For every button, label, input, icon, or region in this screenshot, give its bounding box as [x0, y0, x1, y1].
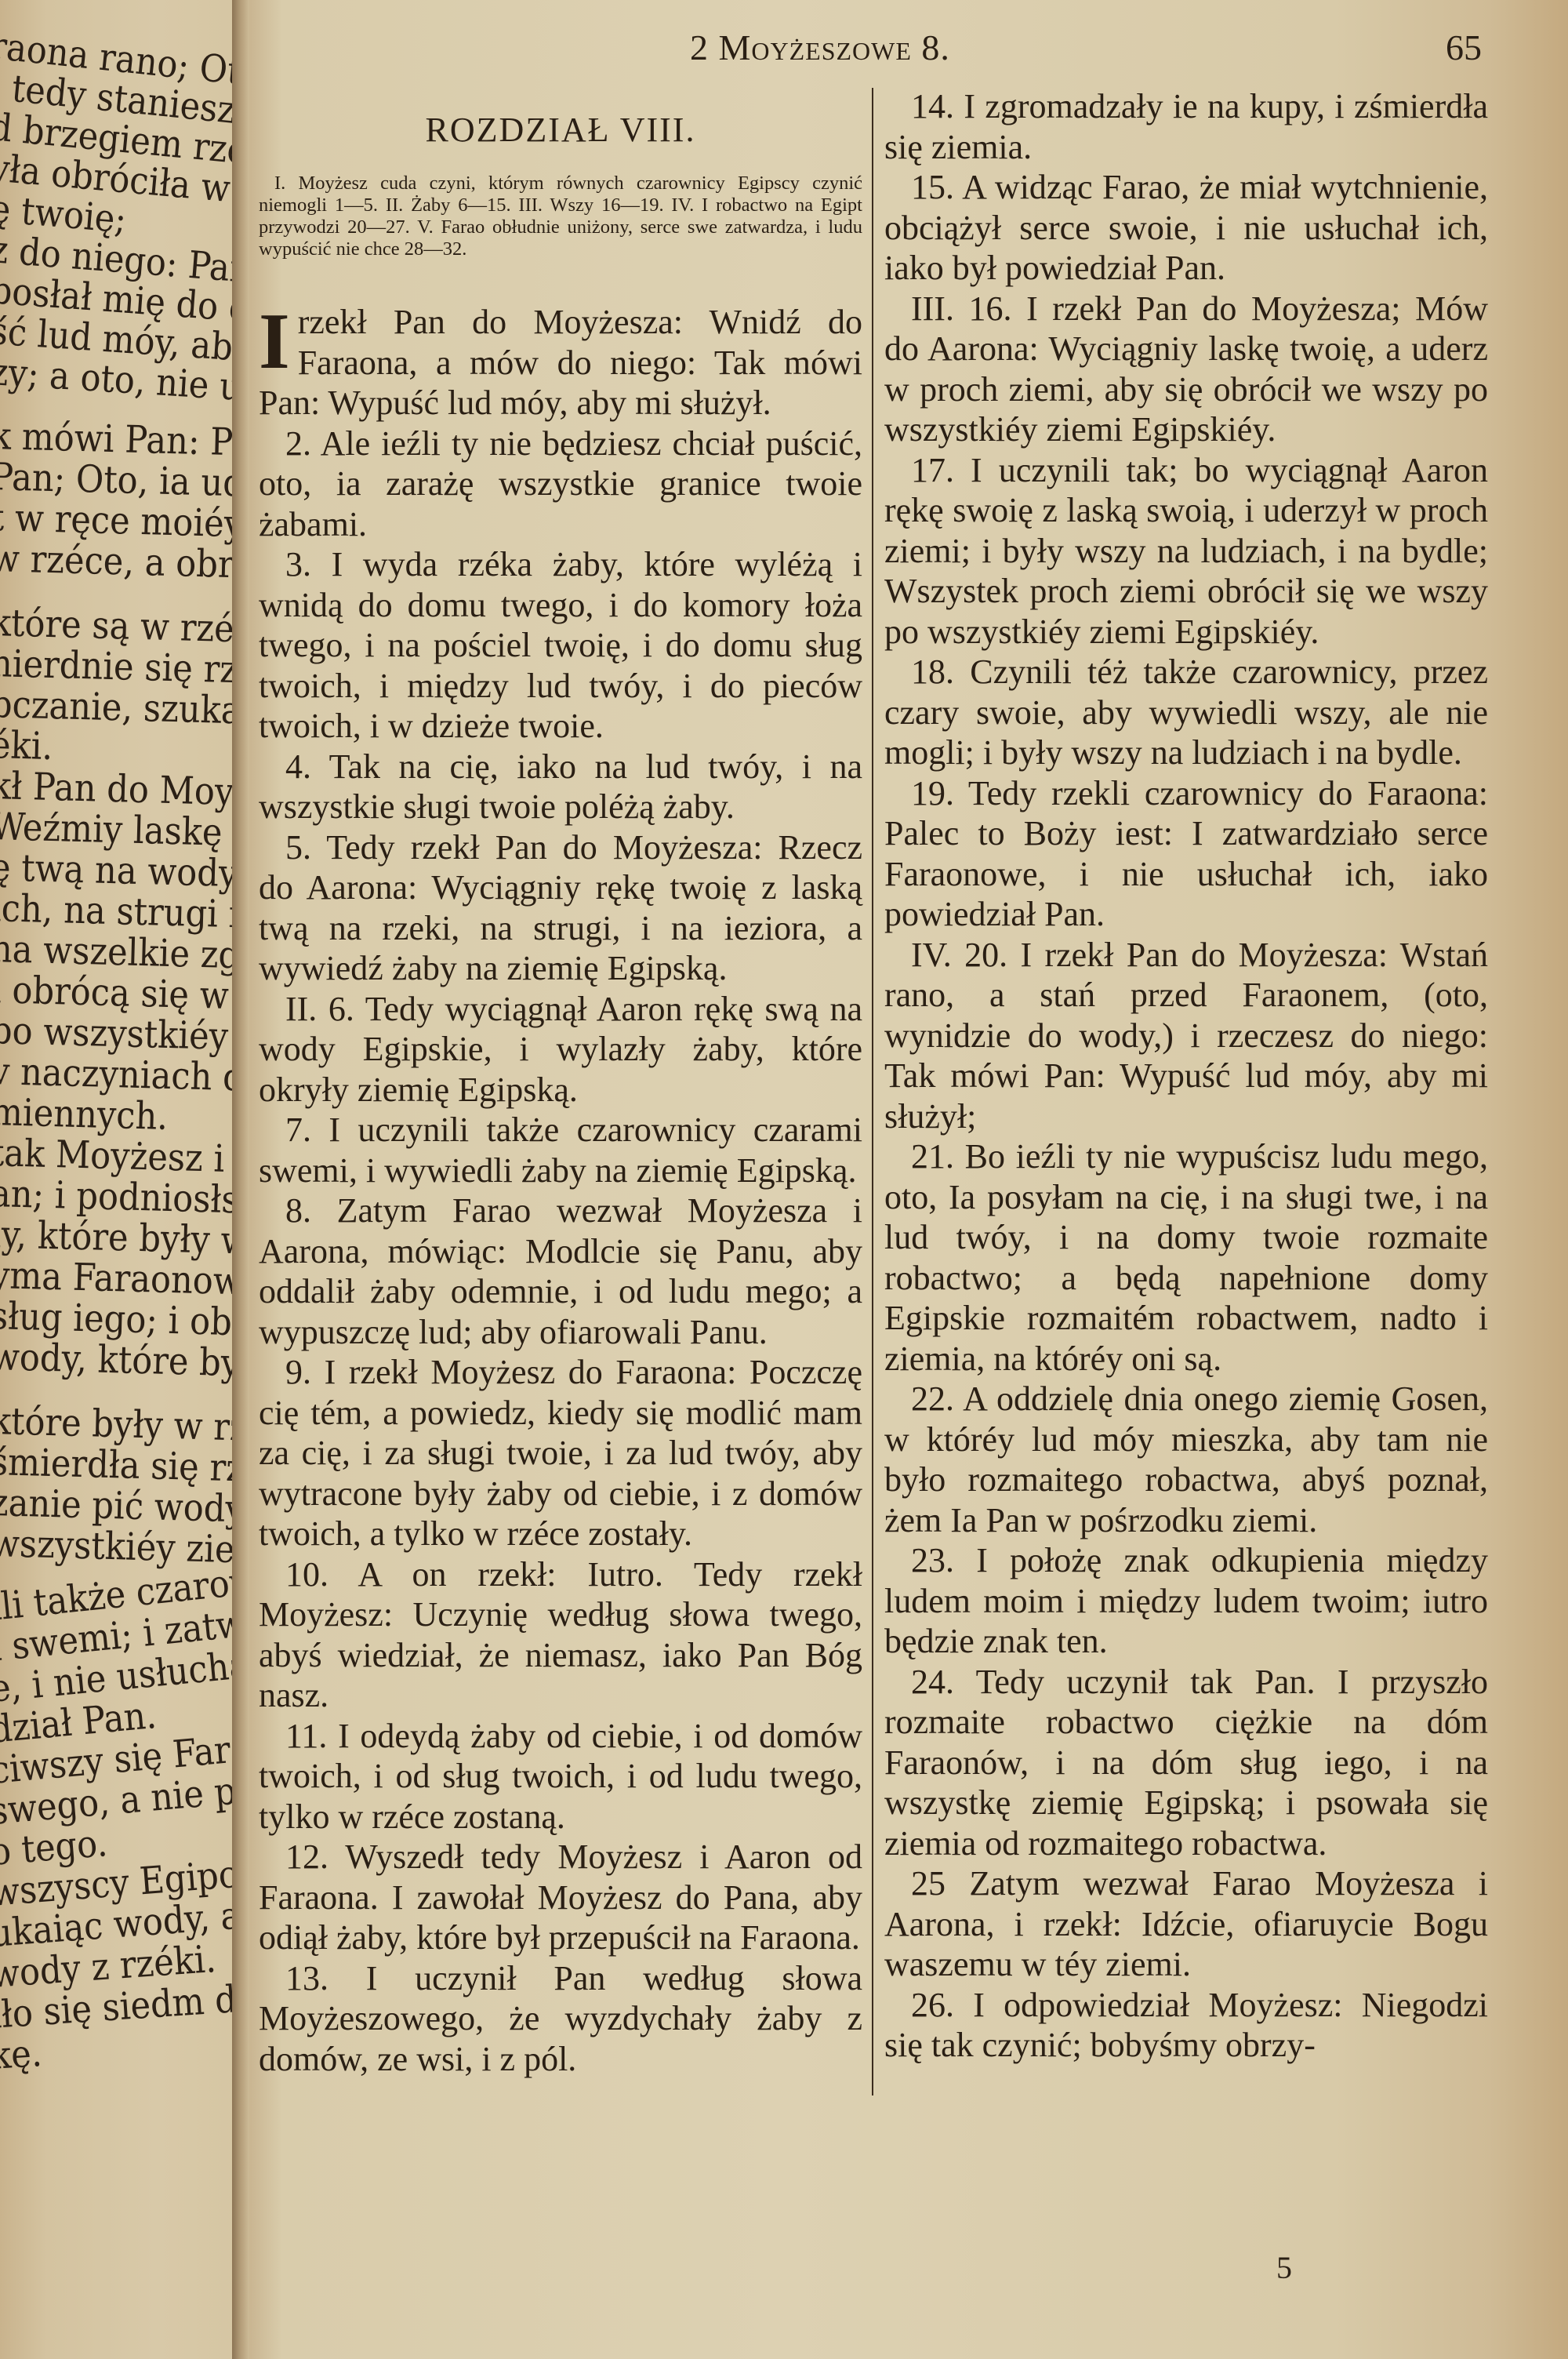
verse: 21. Bo ieźli ty nie wypuścisz ludu mego,…: [884, 1136, 1488, 1379]
signature-mark: 5: [1276, 2249, 1292, 2286]
book-page-spread: raona rano; Oto, w, tedy staniesz przd b…: [0, 0, 1568, 2359]
verse: 11. I odeydą żaby od ciebie, i od domów …: [259, 1716, 862, 1837]
drop-cap: I: [259, 310, 290, 374]
running-head-chapter: 8.: [912, 27, 950, 67]
verse-1: Irzekł Pan do Moyżesza: Wnidź do Faraona…: [259, 302, 862, 423]
facing-page-fragment: raona rano; Oto, w, tedy staniesz przd b…: [0, 0, 235, 2359]
verse: IV. 20. I rzekł Pan do Moyżesza: Wstań r…: [884, 935, 1488, 1137]
running-head: 2 Moyżeszowe 8.: [690, 27, 950, 68]
column-divider: [872, 88, 873, 2095]
verse: 18. Czynili téż także czarownicy, przez …: [884, 652, 1488, 773]
verse: 17. I uczynili tak; bo wyciągnął Aaron r…: [884, 450, 1488, 652]
running-head-book: Moyżeszowe: [719, 27, 912, 67]
verse: 9. I rzekł Moyżesz do Faraona: Poczczę c…: [259, 1352, 862, 1554]
verse: 2. Ale ieźli ty nie będziesz chciał puśc…: [259, 423, 862, 545]
right-column: 14. I zgromadzały ie na kupy, i zśmierdł…: [884, 86, 1488, 2066]
chapter-summary: I. Moyżesz cuda czyni, którym równych cz…: [259, 173, 862, 260]
verse: 4. Tak na cię, iako na lud twóy, i na ws…: [259, 747, 862, 827]
verse: 24. Tedy uczynił tak Pan. I przyszło roz…: [884, 1662, 1488, 1864]
page-number: 65: [1446, 27, 1482, 68]
verse: 3. I wyda rzéka żaby, które wyléżą i wni…: [259, 544, 862, 747]
facing-page-line: kę.: [0, 2031, 43, 2078]
facing-page-line: w rzéce, a obrócą: [0, 536, 235, 588]
verse: 23. I położę znak odkupienia między lude…: [884, 1540, 1488, 1662]
verse: 22. A oddzielę dnia onego ziemię Gosen, …: [884, 1379, 1488, 1540]
running-head-prefix: 2: [690, 27, 719, 67]
verse: 25 Zatym wezwał Farao Moyżesza i Aarona,…: [884, 1863, 1488, 1985]
verse: 13. I uczynił Pan według słowa Moyżeszow…: [259, 1958, 862, 2080]
facing-page-line: éki.: [0, 723, 53, 769]
verse: III. 16. I rzekł Pan do Moyżesza; Mów do…: [884, 289, 1488, 450]
verse: 5. Tedy rzekł Pan do Moyżesza: Rzecz do …: [259, 827, 862, 989]
book-gutter: [232, 0, 249, 2359]
verse: II. 6. Tedy wyciągnął Aaron rękę swą na …: [259, 989, 862, 1110]
facing-page-line: wody, które były: [0, 1335, 235, 1386]
verse: 26. I odpowiedział Moyżesz: Niegodzi się…: [884, 1985, 1488, 2066]
verse: 14. I zgromadzały ie na kupy, i zśmierdł…: [884, 86, 1488, 167]
verse: 12. Wyszedł tedy Moyżesz i Aaron od Fara…: [259, 1837, 862, 1958]
verse: 15. A widząc Farao, że miał wytchnienie,…: [884, 167, 1488, 289]
verse: 10. A on rzekł: Iutro. Tedy rzekł Moyżes…: [259, 1554, 862, 1716]
left-column: Irzekł Pan do Moyżesza: Wnidź do Faraona…: [259, 302, 862, 2079]
chapter-title: ROZDZIAŁ VIII.: [259, 110, 862, 150]
verse: 8. Zatym Farao wezwał Moyżesza i Aarona,…: [259, 1190, 862, 1352]
verse: 19. Tedy rzekli czarownicy do Faraona: P…: [884, 773, 1488, 935]
verse: 7. I uczynili także czarownicy czarami s…: [259, 1110, 862, 1190]
